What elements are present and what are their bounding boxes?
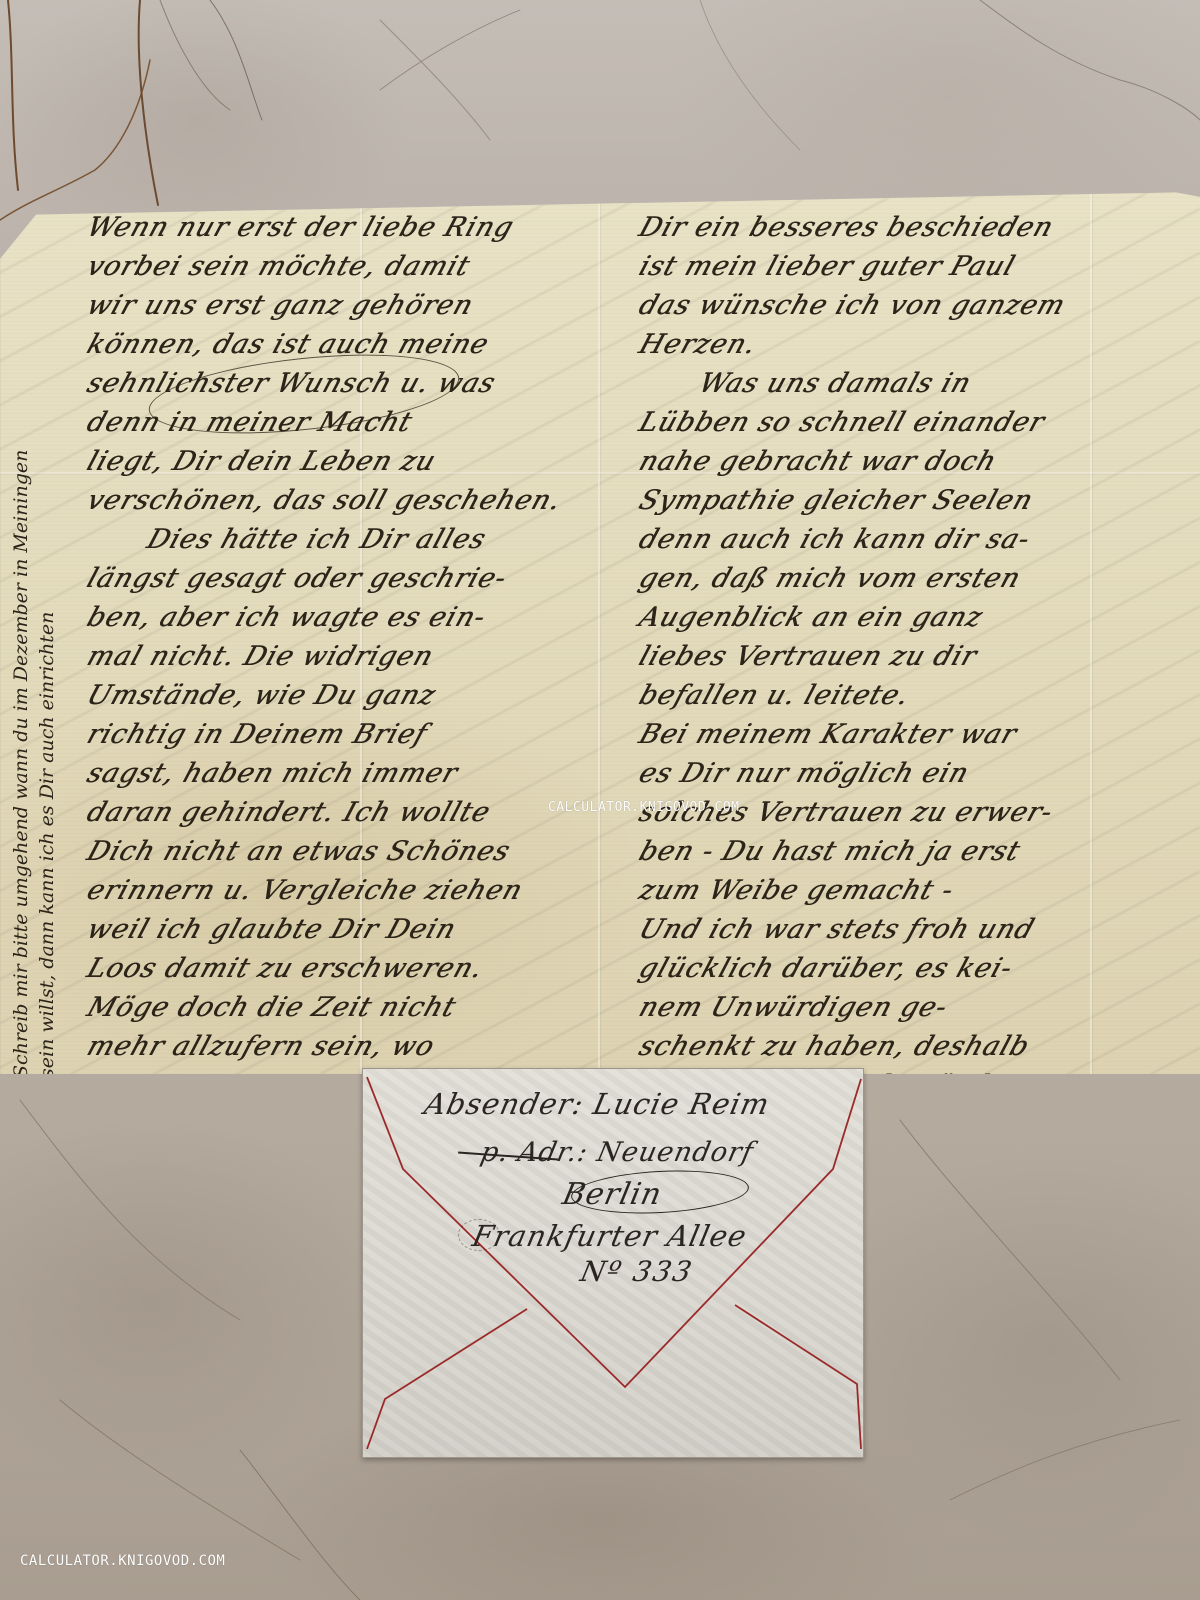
handwriting-line: zum Weibe gemacht - (634, 871, 1167, 910)
handwriting-line: Herzen. (634, 325, 1167, 364)
handwriting-line: nahe gebracht war doch (634, 442, 1167, 481)
handwriting-line: erinnern u. Vergleiche ziehen (82, 871, 615, 910)
sender-line: Absender: Lucie Reim (421, 1087, 773, 1121)
handwriting-line: denn in meiner Macht (82, 403, 615, 442)
handwriting-line: liebes Vertrauen zu dir (634, 637, 1167, 676)
handwriting-line: Loos damit zu erschweren. (82, 949, 615, 988)
handwriting-line: glücklich darüber, es kei- (634, 949, 1167, 988)
street-line: Frankfurter Allee (469, 1219, 750, 1253)
handwriting-line: Wenn nur erst der liebe Ring (82, 208, 615, 247)
handwriting-line: es Dir nur möglich ein (634, 754, 1167, 793)
handwriting-line: vorbei sein möchte, damit (82, 247, 615, 286)
handwriting-line: liegt, Dir dein Leben zu (82, 442, 615, 481)
handwriting-line: Was uns damals in (634, 364, 1167, 403)
handwriting-line: können, das ist auch meine (82, 325, 615, 364)
house-number-line: Nº 333 (577, 1255, 696, 1288)
envelope: Absender: Lucie Reim p. Adr.: Neuendorf … (362, 1068, 864, 1458)
address-line: p. Adr.: Neuendorf (478, 1137, 757, 1168)
handwriting-line: Bei meinem Karakter war (634, 715, 1167, 754)
handwriting-line: ben, aber ich wagte es ein- (82, 598, 615, 637)
handwriting-line: weil ich glaubte Dir Dein (82, 910, 615, 949)
margin-note-line: Schreib mir bitte umgehend wann du im De… (8, 438, 34, 1078)
handwriting-line: Lübben so schnell einander (634, 403, 1167, 442)
handwriting-line: Und ich war stets froh und (634, 910, 1167, 949)
watermark-center: CALCULATOR.KNIGOVOD.COM (548, 800, 740, 815)
handwriting-line: Dir ein besseres beschieden (634, 208, 1167, 247)
handwriting-line: das wünsche ich von ganzem (634, 286, 1167, 325)
handwriting-line: gen, daß mich vom ersten (634, 559, 1167, 598)
margin-note: Schreib mir bitte umgehend wann du im De… (8, 438, 60, 1078)
handwriting-line: sehnlichster Wunsch u. was (82, 364, 615, 403)
handwriting-line: denn auch ich kann dir sa- (634, 520, 1167, 559)
handwriting-line: verschönen, das soll geschehen. (82, 481, 615, 520)
handwriting-line: mehr allzufern sein, wo (82, 1027, 615, 1066)
handwriting-line: Augenblick an ein ganz (634, 598, 1167, 637)
handwriting-line: befallen u. leitete. (634, 676, 1167, 715)
handwriting-line: ist mein lieber guter Paul (634, 247, 1167, 286)
handwriting-line: Möge doch die Zeit nicht (82, 988, 615, 1027)
handwriting-line: schenkt zu haben, deshalb (634, 1027, 1167, 1066)
handwriting-line: wir uns erst ganz gehören (82, 286, 615, 325)
letter-left-column: Wenn nur erst der liebe Ring vorbei sein… (88, 208, 608, 1066)
handwritten-letter: Schreib mir bitte umgehend wann du im De… (0, 188, 1200, 1074)
handwriting-line: Dies hätte ich Dir alles (82, 520, 615, 559)
handwriting-line: ben - Du hast mich ja erst (634, 832, 1167, 871)
city-line: Berlin (559, 1177, 665, 1212)
handwriting-line: Sympathie gleicher Seelen (634, 481, 1167, 520)
handwriting-line: Dich nicht an etwas Schönes (82, 832, 615, 871)
handwriting-line: richtig in Deinem Brief (82, 715, 615, 754)
handwriting-line: daran gehindert. Ich wollte (82, 793, 615, 832)
handwriting-line: nem Unwürdigen ge- (634, 988, 1167, 1027)
handwriting-line: längst gesagt oder geschrie- (82, 559, 615, 598)
handwriting-line: sagst, haben mich immer (82, 754, 615, 793)
handwriting-line: mal nicht. Die widrigen (82, 637, 615, 676)
margin-note-line: sein willst, dann kann ich es Dir auch e… (34, 438, 60, 1078)
watermark-corner: CALCULATOR.KNIGOVOD.COM (20, 1553, 225, 1569)
handwriting-line: Umstände, wie Du ganz (82, 676, 615, 715)
letter-right-column: Dir ein besseres beschieden ist mein lie… (640, 208, 1160, 1183)
